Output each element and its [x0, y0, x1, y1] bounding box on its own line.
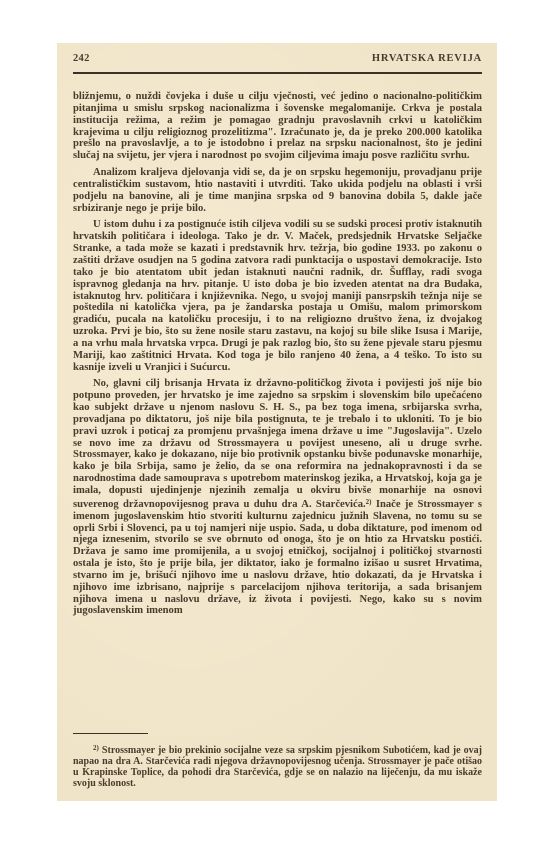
footnote-rule — [73, 733, 148, 734]
body-text: bližnjemu, o nuždi čovjeka i duše u cilj… — [73, 91, 482, 622]
paragraph-3: U istom duhu i za postignuće istih cilje… — [73, 219, 482, 373]
header-rule — [73, 72, 482, 74]
journal-title: HRVATSKA REVIJA — [372, 53, 482, 64]
footnote-text: Strossmayer je bio prekinio socijalne ve… — [73, 745, 482, 789]
paragraph-1: bližnjemu, o nuždi čovjeka i duše u cilj… — [73, 91, 482, 162]
paragraph-4-part-1: No, glavni cilj brisanja Hrvata iz držav… — [73, 378, 482, 509]
footnote: 2) Strossmayer je bio prekinio socijalne… — [73, 743, 482, 789]
paragraph-4: No, glavni cilj brisanja Hrvata iz držav… — [73, 378, 482, 617]
page-number: 242 — [73, 53, 90, 64]
scanned-page: 242 HRVATSKA REVIJA bližnjemu, o nuždi č… — [57, 43, 497, 801]
running-head: 242 HRVATSKA REVIJA — [73, 53, 482, 67]
paragraph-2: Analizom kraljeva djelovanja vidi se, da… — [73, 167, 482, 214]
paragraph-4-part-2: Inače je Strossmayer s imenom jugoslaven… — [73, 499, 482, 617]
